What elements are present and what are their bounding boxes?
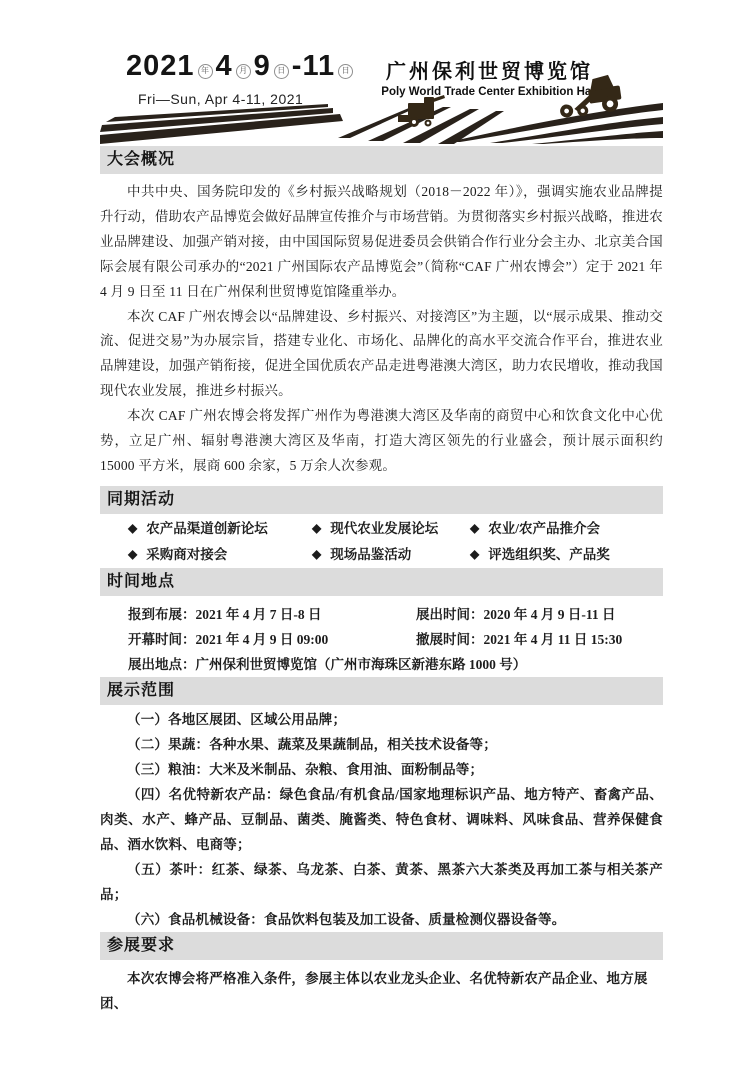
section-title-label: 展示范围: [107, 682, 175, 699]
document-content: 2021年4月9日-11日 Fri—Sun, Apr 4-11, 2021 广州…: [100, 0, 663, 1016]
overview-paragraphs: 中共中央、国务院印发的《乡村振兴战略规划（2018－2022 年）》，强调实施农…: [100, 174, 663, 486]
activity-label: 采购商对接会: [146, 547, 227, 562]
schedule-cell-show-dates: 展出时间：2020 年 4 月 9 日-11 日: [416, 602, 663, 627]
activity-item: ◆现代农业发展论坛: [312, 516, 470, 542]
overview-paragraph-1: 中共中央、国务院印发的《乡村振兴战略规划（2018－2022 年）》，强调实施农…: [100, 180, 663, 305]
diamond-bullet-icon: ◆: [470, 515, 479, 541]
scope-item-2: （二）果蔬：各种水果、蔬菜及果蔬制品，相关技术设备等；: [100, 732, 663, 757]
scope-item-1: （一）各地区展团、区域公用品牌；: [100, 707, 663, 732]
schedule-cell-opening: 开幕时间：2021 年 4 月 9 日 09:00: [128, 627, 416, 652]
activity-label: 农业/农产品推介会: [488, 521, 600, 536]
requirements-paragraph: 本次农博会将严格准入条件，参展主体以农业龙头企业、名优特新农产品企业、地方展团、: [100, 966, 663, 1016]
activity-item: ◆现场品鉴活动: [312, 542, 470, 568]
schedule-row: 开幕时间：2021 年 4 月 9 日 09:00 撤展时间：2021 年 4 …: [128, 627, 663, 652]
schedule-block: 报到布展：2021 年 4 月 7 日-8 日 展出时间：2020 年 4 月 …: [100, 596, 663, 677]
overview-paragraph-3: 本次 CAF 广州农博会将发挥广州作为粤港澳大湾区及华南的商贸中心和饮食文化中心…: [100, 404, 663, 479]
activity-label: 现场品鉴活动: [330, 547, 411, 562]
activity-item: ◆采购商对接会: [128, 542, 312, 568]
schedule-cell-location: 展出地点：广州保利世贸博览馆（广州市海珠区新港东路 1000 号）: [128, 652, 663, 677]
document-page: 2021年4月9日-11日 Fri—Sun, Apr 4-11, 2021 广州…: [0, 0, 756, 1069]
overview-paragraph-2: 本次 CAF 广州农博会以“品牌建设、乡村振兴、对接湾区”为主题，以“展示成果、…: [100, 305, 663, 405]
page-header: 2021年4月9日-11日 Fri—Sun, Apr 4-11, 2021 广州…: [100, 0, 663, 146]
schedule-cell-setup: 报到布展：2021 年 4 月 7 日-8 日: [128, 602, 416, 627]
diamond-bullet-icon: ◆: [312, 541, 321, 567]
diamond-bullet-icon: ◆: [128, 541, 137, 567]
activities-list: ◆农产品渠道创新论坛 ◆现代农业发展论坛 ◆农业/农产品推介会 ◆采购商对接会 …: [100, 514, 663, 568]
scope-item-5: （五）茶叶：红茶、绿茶、乌龙茶、白茶、黄茶、黑茶六大茶类及再加工茶与相关茶产品；: [100, 857, 663, 907]
diamond-bullet-icon: ◆: [128, 515, 137, 541]
field-illustration: [100, 72, 663, 144]
section-title-label: 时间地点: [107, 573, 175, 590]
scope-item-3: （三）粮油：大米及米制品、杂粮、食用油、面粉制品等；: [100, 757, 663, 782]
section-title-requirements: 参展要求: [100, 932, 663, 960]
section-title-label: 参展要求: [107, 937, 175, 954]
section-title-label: 大会概况: [107, 151, 175, 168]
diamond-bullet-icon: ◆: [312, 515, 321, 541]
section-title-label: 同期活动: [107, 491, 175, 508]
section-title-scope: 展示范围: [100, 677, 663, 705]
activity-item: ◆评选组织奖、产品奖: [470, 542, 663, 568]
requirements-block: 本次农博会将严格准入条件，参展主体以农业龙头企业、名优特新农产品企业、地方展团、: [100, 960, 663, 1016]
activity-label: 评选组织奖、产品奖: [488, 547, 610, 562]
scope-item-6: （六）食品机械设备：食品饮料包装及加工设备、质量检测仪器设备等。: [100, 907, 663, 932]
section-title-schedule: 时间地点: [100, 568, 663, 596]
activity-label: 现代农业发展论坛: [330, 521, 438, 536]
section-title-overview: 大会概况: [100, 146, 663, 174]
scope-list: （一）各地区展团、区域公用品牌； （二）果蔬：各种水果、蔬菜及果蔬制品，相关技术…: [100, 705, 663, 932]
section-title-activities: 同期活动: [100, 486, 663, 514]
scope-item-4: （四）名优特新农产品：绿色食品/有机食品/国家地理标识产品、地方特产、畜禽产品、…: [100, 782, 663, 857]
activity-label: 农产品渠道创新论坛: [146, 521, 268, 536]
diamond-bullet-icon: ◆: [470, 541, 479, 567]
schedule-row: 报到布展：2021 年 4 月 7 日-8 日 展出时间：2020 年 4 月 …: [128, 602, 663, 627]
activity-item: ◆农产品渠道创新论坛: [128, 516, 312, 542]
activity-item: ◆农业/农产品推介会: [470, 516, 663, 542]
schedule-row: 展出地点：广州保利世贸博览馆（广州市海珠区新港东路 1000 号）: [128, 652, 663, 677]
schedule-cell-dismantle: 撤展时间：2021 年 4 月 11 日 15:30: [416, 627, 663, 652]
